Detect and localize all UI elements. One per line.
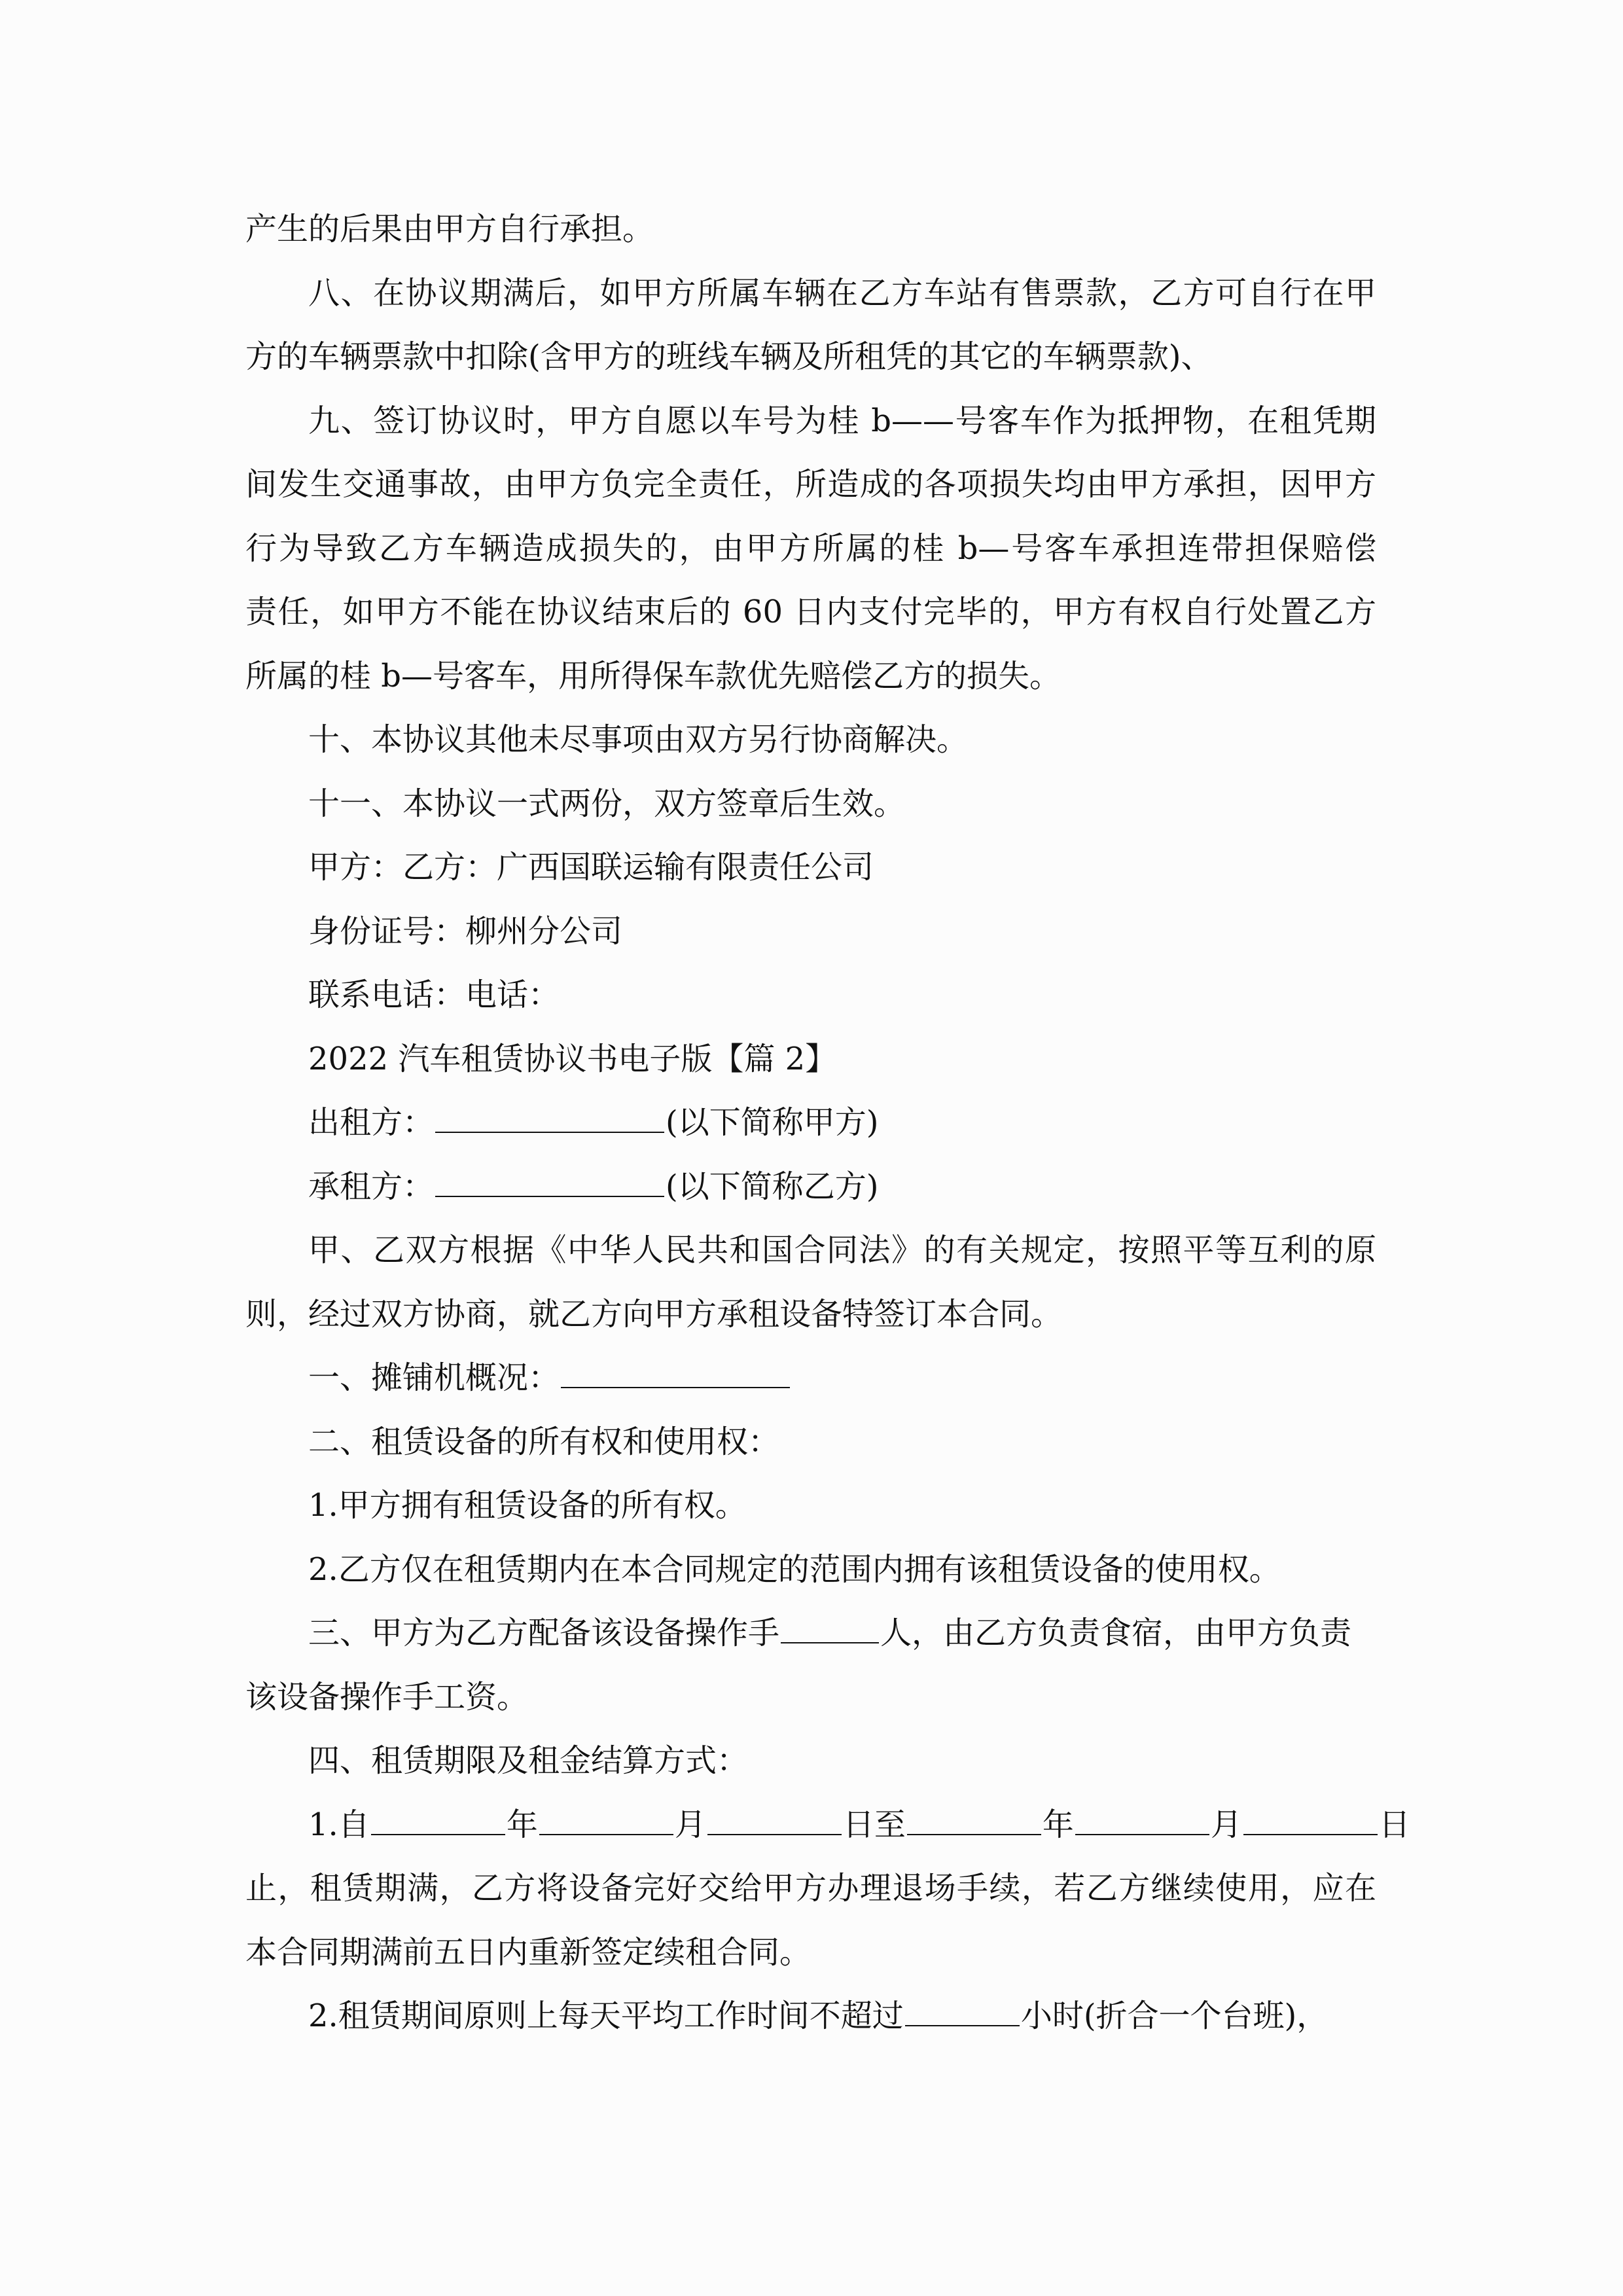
section-heading: 2022 汽车租赁协议书电子版【篇 2】 [245,1028,1376,1092]
start-month-blank[interactable] [539,1808,673,1835]
day-label: 日 [1379,1806,1410,1843]
lessor-line: 出租方：(以下简称甲方) [245,1091,1376,1155]
clause-4-heading: 四、租赁期限及租金结算方式： [245,1729,1376,1793]
lease-period-line: 1.自年月日至年月日 [245,1793,1376,1857]
preamble-line-1: 甲、乙双方根据《中华人民共和国合同法》的有关规定，按照平等互利的原 [245,1219,1376,1283]
paragraph-line: 产生的后果由甲方自行承担。 [245,198,1376,262]
start-year-blank[interactable] [371,1808,505,1835]
clause-11: 十一、本协议一式两份，双方签章后生效。 [245,772,1376,836]
year-label: 年 [507,1806,538,1843]
lessee-line: 承租方：(以下简称乙方) [245,1155,1376,1219]
working-hours-before: 2.租赁期间原则上每天平均工作时间不超过 [308,1998,904,2034]
clause-8-line-1: 八、在协议期满后，如甲方所属车辆在乙方车站有售票款，乙方可自行在甲 [245,262,1376,326]
document-page: 产生的后果由甲方自行承担。 八、在协议期满后，如甲方所属车辆在乙方车站有售票款，… [245,198,1376,2049]
id-number-line: 身份证号：柳州分公司 [245,900,1376,964]
preamble-line-2: 则，经过双方协商，就乙方向甲方承租设备特签订本合同。 [245,1283,1376,1347]
clause-9-line-5: 所属的桂 b—号客车，用所得保车款优先赔偿乙方的损失。 [245,645,1376,709]
lease-period-line-3: 本合同期满前五日内重新签定续租合同。 [245,1921,1376,1985]
clause-3-line-2: 该设备操作手工资。 [245,1666,1376,1730]
operator-count-blank[interactable] [781,1616,879,1643]
month-label: 月 [1211,1806,1242,1843]
clause-3-before: 三、甲方为乙方配备该设备操作手 [308,1615,779,1651]
start-day-blank[interactable] [707,1808,842,1835]
clause-3-line-1: 三、甲方为乙方配备该设备操作手人，由乙方负责食宿，由甲方负责 [245,1602,1376,1666]
clause-2-item-1: 1.甲方拥有租赁设备的所有权。 [245,1474,1376,1538]
clause-8-line-2: 方的车辆票款中扣除(含甲方的班线车辆及所租凭的其它的车辆票款)、 [245,325,1376,389]
working-hours-after: 小时(折合一个台班)， [1021,1998,1328,2034]
working-hours-line: 2.租赁期间原则上每天平均工作时间不超过小时(折合一个台班)， [245,1984,1376,2049]
clause-9-line-3: 行为导致乙方车辆造成损失的，由甲方所属的桂 b—号客车承担连带担保赔偿 [245,517,1376,581]
working-hours-blank[interactable] [905,1999,1020,2026]
lessor-label: 出租方： [308,1104,434,1141]
day-to-label: 日至 [843,1806,906,1843]
clause-3-after: 人，由乙方负责食宿，由甲方负责 [880,1615,1351,1651]
year-label: 年 [1043,1806,1074,1843]
lessor-blank[interactable] [435,1105,664,1133]
paver-overview-blank[interactable] [561,1361,790,1388]
clause-9-line-1: 九、签订协议时，甲方自愿以车号为桂 b——号客车作为抵押物，在租凭期 [245,389,1376,454]
end-year-blank[interactable] [907,1808,1041,1835]
clause-2-item-2: 2.乙方仅在租赁期内在本合同规定的范围内拥有该租赁设备的使用权。 [245,1538,1376,1602]
clause-10: 十、本协议其他未尽事项由双方另行协商解决。 [245,708,1376,772]
clause-9-line-4: 责任，如甲方不能在协议结束后的 60 日内支付完毕的，甲方有权自行处置乙方 [245,581,1376,645]
paver-overview-line: 一、摊铺机概况： [245,1346,1376,1410]
from-label: 1.自 [308,1806,370,1843]
lessee-label: 承租方： [308,1168,434,1205]
month-label: 月 [675,1806,706,1843]
lessee-blank[interactable] [435,1170,664,1197]
lessee-suffix: (以下简称乙方) [666,1168,878,1205]
end-day-blank[interactable] [1243,1808,1378,1835]
party-signature-line: 甲方：乙方：广西国联运输有限责任公司 [245,836,1376,900]
lessor-suffix: (以下简称甲方) [666,1104,878,1141]
end-month-blank[interactable] [1075,1808,1209,1835]
clause-9-line-2: 间发生交通事故，由甲方负完全责任，所造成的各项损失均由甲方承担，因甲方 [245,453,1376,517]
paver-overview-label: 一、摊铺机概况： [308,1359,560,1396]
contact-phone-line: 联系电话：电话： [245,963,1376,1028]
lease-period-line-2: 止，租赁期满，乙方将设备完好交给甲方办理退场手续，若乙方继续使用，应在 [245,1857,1376,1921]
clause-2-heading: 二、租赁设备的所有权和使用权： [245,1410,1376,1475]
